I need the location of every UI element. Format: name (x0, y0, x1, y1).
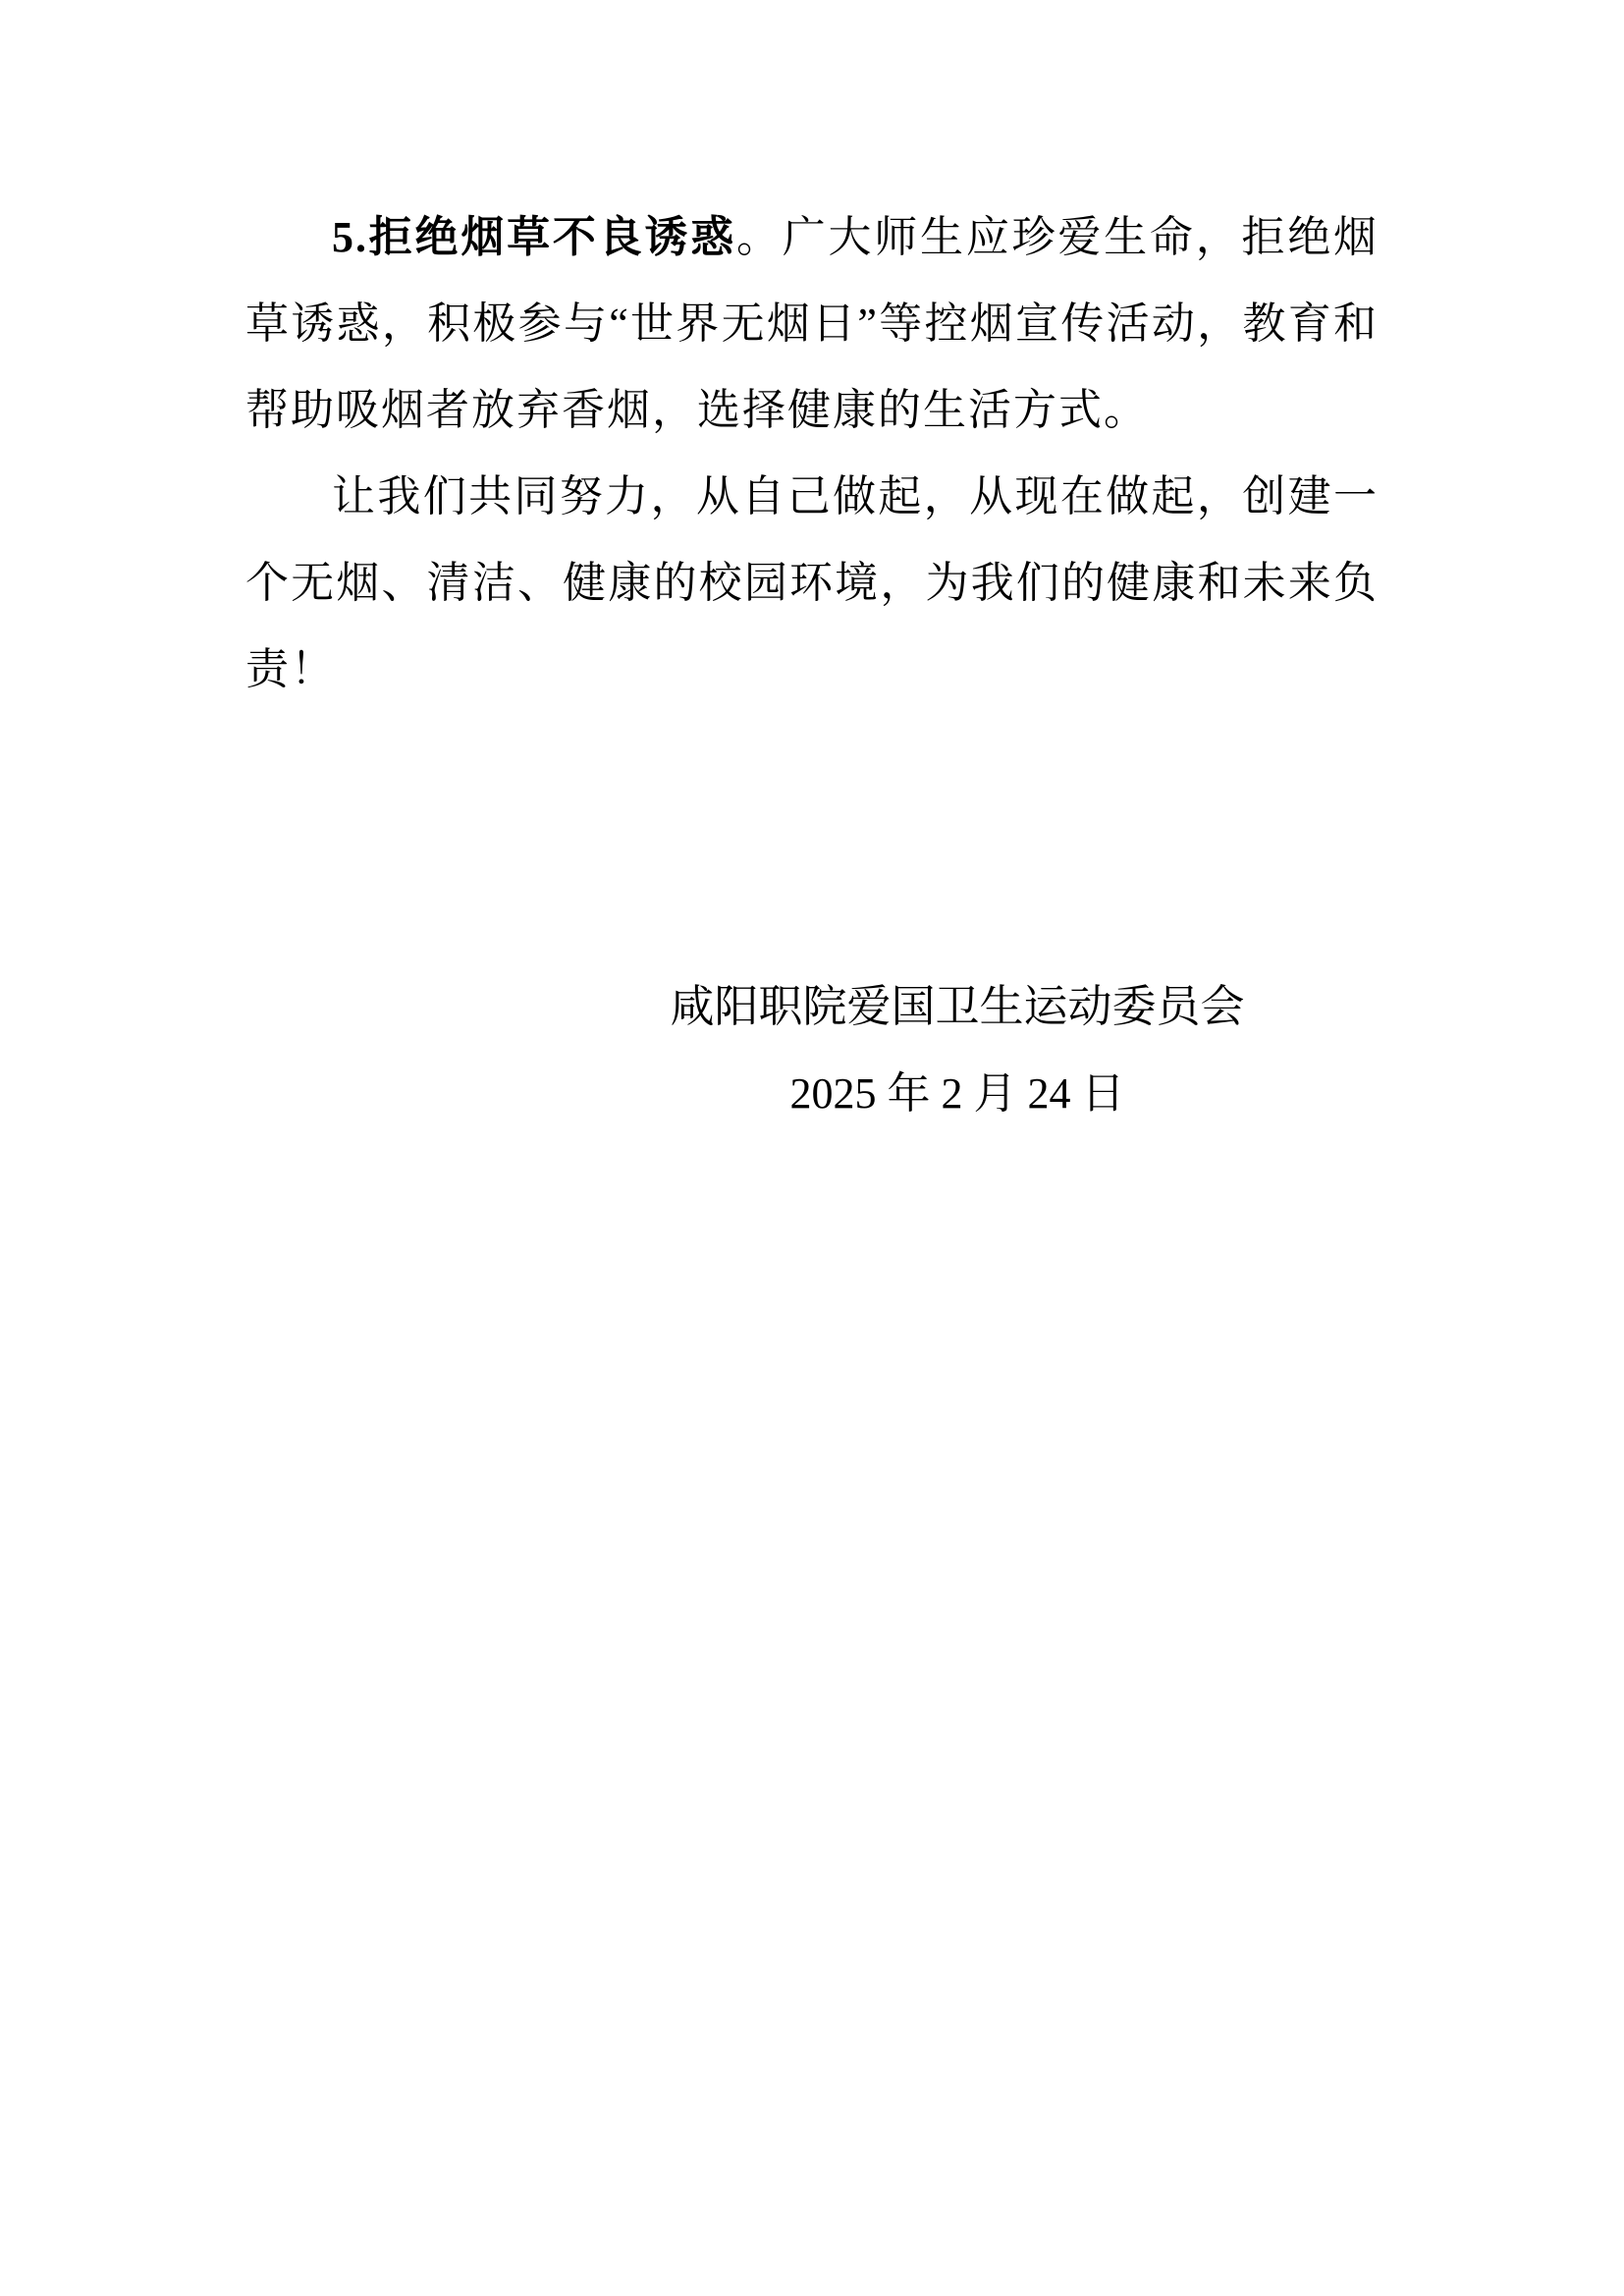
item-5-bold-lead: 5.拒绝烟草不良诱惑 (332, 213, 736, 261)
document-page: 5.拒绝烟草不良诱惑。广大师生应珍爱生命，拒绝烟草诱惑，积极参与“世界无烟日”等… (0, 0, 1624, 2296)
document-body: 5.拒绝烟草不良诱惑。广大师生应珍爱生命，拒绝烟草诱惑，积极参与“世界无烟日”等… (245, 194, 1379, 1138)
paragraph-item-5: 5.拒绝烟草不良诱惑。广大师生应珍爱生命，拒绝烟草诱惑，积极参与“世界无烟日”等… (245, 194, 1379, 454)
signature-committee-name: 咸阳职院爱国卫生运动委员会 (536, 963, 1379, 1050)
signature-date: 2025 年 2 月 24 日 (536, 1050, 1379, 1138)
signature-block: 咸阳职院爱国卫生运动委员会 2025 年 2 月 24 日 (536, 963, 1379, 1138)
closing-paragraph: 让我们共同努力，从自己做起，从现在做起，创建一个无烟、清洁、健康的校园环境，为我… (245, 454, 1379, 713)
closing-paragraph-text: 让我们共同努力，从自己做起，从现在做起，创建一个无烟、清洁、健康的校园环境，为我… (245, 472, 1379, 693)
